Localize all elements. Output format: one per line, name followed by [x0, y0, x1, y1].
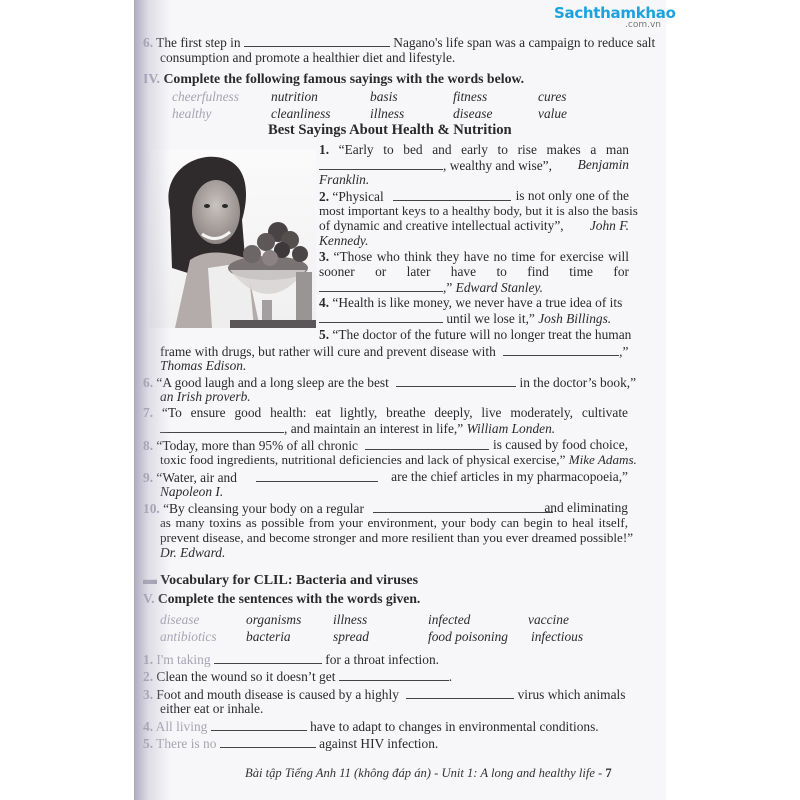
saying-item-3-line2: sooner or later have to find time for — [319, 264, 629, 280]
vocab-item-4: 4. All living have to adapt to changes i… — [143, 718, 599, 735]
saying-item-5-author: Thomas Edison. — [160, 358, 246, 374]
answer-blank[interactable] — [339, 668, 449, 681]
saying-item-2-line2: most important keys to a healthy body, b… — [319, 203, 638, 219]
saying-item-9-author: Napoleon I. — [160, 484, 223, 500]
saying-item-8-line2: toxic food ingredients, nutritional defi… — [160, 452, 637, 468]
vocab-item-3-line2: either eat or inhale. — [160, 701, 263, 717]
exercise-instruction: IV. Complete the following famous saying… — [143, 71, 524, 87]
answer-blank[interactable] — [319, 310, 443, 323]
saying-item-1-line1: 1. “Early to bed and early to rise makes… — [319, 142, 629, 158]
answer-blank[interactable] — [406, 686, 514, 699]
answer-blank[interactable] — [220, 735, 316, 748]
vocab-item-2: 2. Clean the wound so it doesn’t get . — [143, 668, 452, 685]
vocab-section-title: ▬ Vocabulary for CLIL: Bacteria and viru… — [143, 573, 418, 589]
answer-blank[interactable] — [256, 469, 378, 482]
woman-with-fruit-photo — [150, 150, 316, 328]
saying-item-10-line2: as many toxins as possible from your env… — [160, 515, 628, 531]
saying-item-6-author: an Irish proverb. — [160, 389, 251, 405]
answer-blank[interactable] — [503, 343, 619, 356]
page-number: 7 — [605, 766, 611, 780]
saying-item-3-line1: 3. “Those who think they have no time fo… — [319, 249, 629, 265]
saying-item-7-line2: , and maintain an interest in life,” Wil… — [160, 420, 555, 437]
prev-item-line2: consumption and promote a healthier diet… — [160, 50, 455, 66]
saying-item-10-line3: prevent disease, and become stronger and… — [160, 530, 633, 546]
prev-item: 6. The first step in Nagano's life span … — [143, 34, 655, 51]
answer-blank[interactable] — [373, 500, 553, 513]
saying-item-1-author: Franklin. — [319, 172, 369, 188]
answer-blank[interactable] — [160, 420, 284, 433]
answer-blank[interactable] — [396, 374, 516, 387]
answer-blank[interactable] — [393, 188, 511, 201]
saying-item-7-line1: 7. “To ensure good health: eat lightly, … — [143, 405, 628, 421]
answer-blank[interactable] — [319, 157, 443, 170]
vocab-item-1: 1. I'm taking for a throat infection. — [143, 651, 439, 668]
photo-illustration — [150, 150, 316, 328]
saying-item-10-author: Dr. Edward. — [160, 545, 225, 561]
saying-item-4-line1: 4. “Health is like money, we never have … — [319, 295, 622, 311]
answer-blank[interactable] — [214, 651, 322, 664]
saying-item-2-line3: of dynamic and creative intellectual act… — [319, 218, 629, 234]
answer-blank[interactable] — [211, 718, 307, 731]
saying-item-3-line3: ,” Edward Stanley. — [319, 279, 543, 296]
saying-item-2-author: Kennedy. — [319, 233, 368, 249]
answer-blank[interactable] — [365, 437, 489, 450]
watermark-logo: Sachthamkhao .com.vn — [554, 4, 661, 30]
saying-item-5-line1: 5. “The doctor of the future will no lon… — [319, 327, 631, 343]
answer-blank[interactable] — [244, 34, 390, 47]
saying-item-4-line2: until we lose it,” Josh Billings. — [319, 310, 611, 327]
answer-blank[interactable] — [319, 279, 443, 292]
page-footer: Bài tập Tiếng Anh 11 (không đáp án) - Un… — [245, 766, 612, 781]
vocab-instruction: V. Complete the sentences with the words… — [143, 591, 420, 607]
vocab-item-5: 5. There is no against HIV infection. — [143, 735, 438, 752]
sayings-title: Best Sayings About Health & Nutrition — [268, 122, 512, 139]
